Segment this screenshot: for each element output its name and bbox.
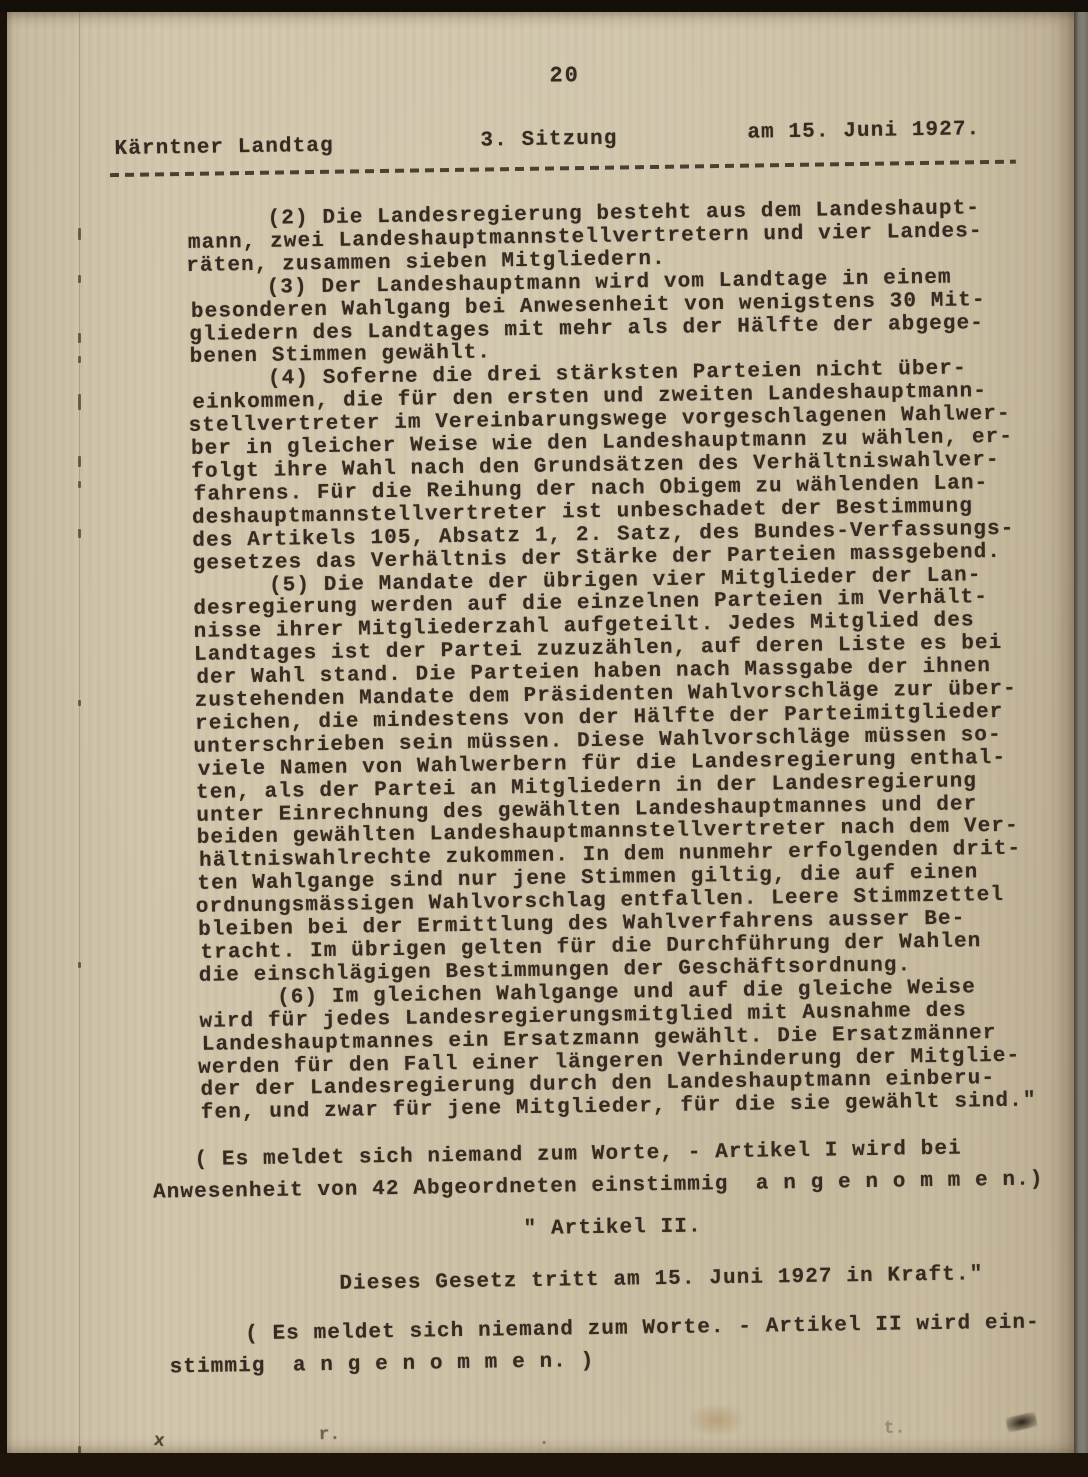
scanned-document-page: { "colors": { "paper": "#cfc3a9", "ink":… xyxy=(0,0,1088,1477)
header-dashed-rule xyxy=(110,160,1016,177)
article-ii-text: Dieses Gesetz tritt am 15. Juni 1927 in … xyxy=(339,1263,983,1296)
ink-smudge: x xyxy=(153,1431,166,1452)
paper-stain xyxy=(686,1403,746,1438)
note-article1-line2: Anwesenheit von 42 Abgeordneten einstimm… xyxy=(153,1168,1044,1204)
scan-top-edge xyxy=(0,0,1088,12)
scan-left-edge xyxy=(0,0,7,1477)
document-body: (2) Die Landesregierung besteht aus dem … xyxy=(187,198,1031,1126)
ink-smudge: t. xyxy=(883,1418,905,1438)
header-session: 3. Sitzung xyxy=(480,128,617,153)
ink-blot xyxy=(1005,1412,1038,1433)
header-institution: Kärntner Landtag xyxy=(114,135,334,161)
header-date: am 15. Juni 1927. xyxy=(747,118,980,144)
ink-smudge: r. xyxy=(318,1425,340,1445)
ink-smudge: . xyxy=(539,1430,550,1450)
scan-right-edge xyxy=(1074,0,1088,1477)
article-ii-heading: " Artikel II. xyxy=(523,1215,701,1241)
page-number: 20 xyxy=(549,63,580,88)
note-article1-line1: ( Es meldet sich niemand zum Worte, - Ar… xyxy=(194,1138,962,1172)
note-article2-line2: stimmig a n g e n o m m e n. ) xyxy=(169,1350,594,1379)
note-article2-line1: ( Es meldet sich niemand zum Worte. - Ar… xyxy=(245,1311,1040,1346)
typewritten-content: 20 Kärntner Landtag 3. Sitzung am 15. Ju… xyxy=(0,0,1088,1477)
scan-bottom-edge xyxy=(0,1453,1088,1477)
